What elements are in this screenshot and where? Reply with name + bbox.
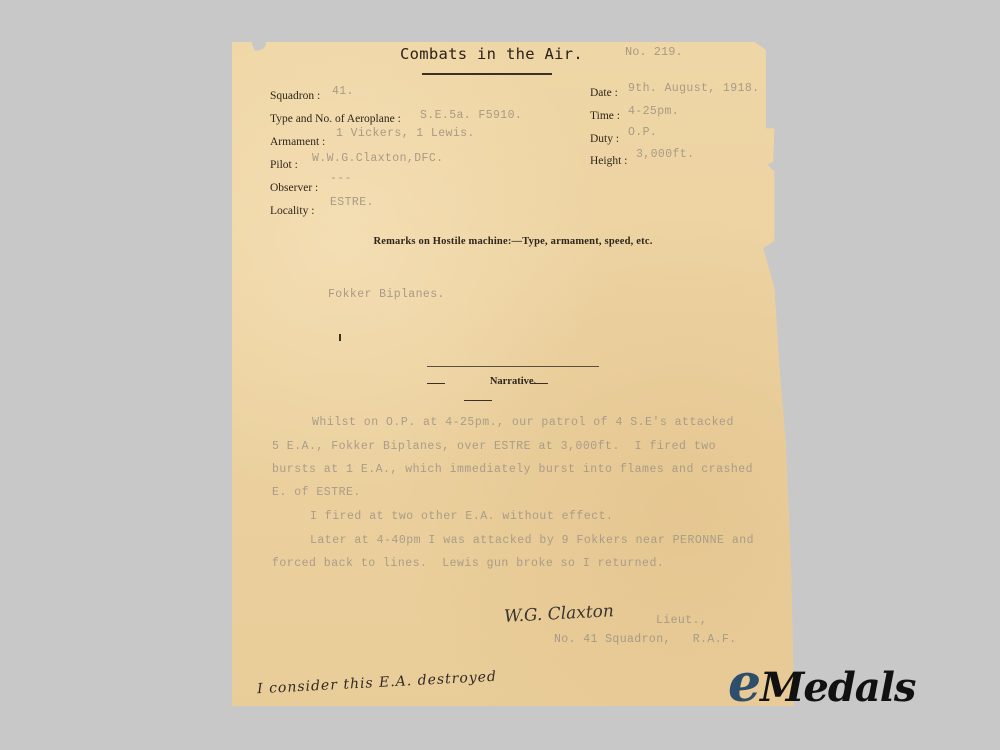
squadron-value: 41. <box>332 85 354 98</box>
document-title: Combats in the Air. <box>400 45 583 63</box>
title-underline <box>422 73 552 75</box>
height-label: Height : <box>590 155 627 167</box>
aeroplane-value: S.E.5a. F5910. <box>420 109 522 122</box>
pilot-signature: W.G. Claxton <box>504 601 615 627</box>
armament-label: Armament : <box>270 136 325 148</box>
emedals-watermark: eMedals <box>728 658 915 710</box>
duty-value: O.P. <box>628 126 657 139</box>
aeroplane-label: Type and No. of Aeroplane : <box>270 113 401 125</box>
watermark-prefix: e <box>728 653 760 714</box>
watermark-text: Medals <box>760 664 915 711</box>
squadron-label: Squadron : <box>270 90 320 102</box>
locality-value: ESTRE. <box>330 196 374 209</box>
narrative-line: Later at 4-40pm I was attacked by 9 Fokk… <box>310 534 754 547</box>
time-value: 4-25pm. <box>628 105 679 118</box>
time-label: Time : <box>590 110 620 122</box>
document-number: No. 219. <box>625 45 683 59</box>
date-value: 9th. August, 1918. <box>628 82 759 95</box>
narrative-underline <box>464 400 492 401</box>
date-label: Date : <box>590 87 618 99</box>
narrative-line: I fired at two other E.A. without effect… <box>310 510 613 523</box>
narrative-heading: Narrative. <box>232 376 794 387</box>
pilot-value: W.W.G.Claxton,DFC. <box>312 152 443 165</box>
signature-rank: Lieut., <box>656 614 707 627</box>
observer-value: --- <box>330 172 352 185</box>
narrative-line: Whilst on O.P. at 4-25pm., our patrol of… <box>312 416 734 429</box>
handwritten-note: I consider this E.A. destroyed <box>257 669 498 698</box>
ink-mark <box>339 334 341 341</box>
observer-label: Observer : <box>270 182 318 194</box>
narrative-line: bursts at 1 E.A., which immediately burs… <box>272 463 753 476</box>
narrative-line: forced back to lines. Lewis gun broke so… <box>272 557 664 570</box>
narrative-line: E. of ESTRE. <box>272 486 361 499</box>
armament-value: 1 Vickers, 1 Lewis. <box>336 127 475 140</box>
remarks-value: Fokker Biplanes. <box>328 288 445 301</box>
section-divider <box>427 366 599 367</box>
duty-label: Duty : <box>590 133 619 145</box>
signature-unit: No. 41 Squadron, R.A.F. <box>554 633 737 646</box>
combat-report-document: Combats in the Air. No. 219. Squadron : … <box>232 42 794 706</box>
punch-hole <box>252 36 266 50</box>
narrative-line: 5 E.A., Fokker Biplanes, over ESTRE at 3… <box>272 440 716 453</box>
narrative-dash-right <box>530 383 548 384</box>
locality-label: Locality : <box>270 205 314 217</box>
height-value: 3,000ft. <box>636 148 694 161</box>
pilot-label: Pilot : <box>270 159 298 171</box>
remarks-heading: Remarks on Hostile machine:—Type, armame… <box>232 236 794 247</box>
